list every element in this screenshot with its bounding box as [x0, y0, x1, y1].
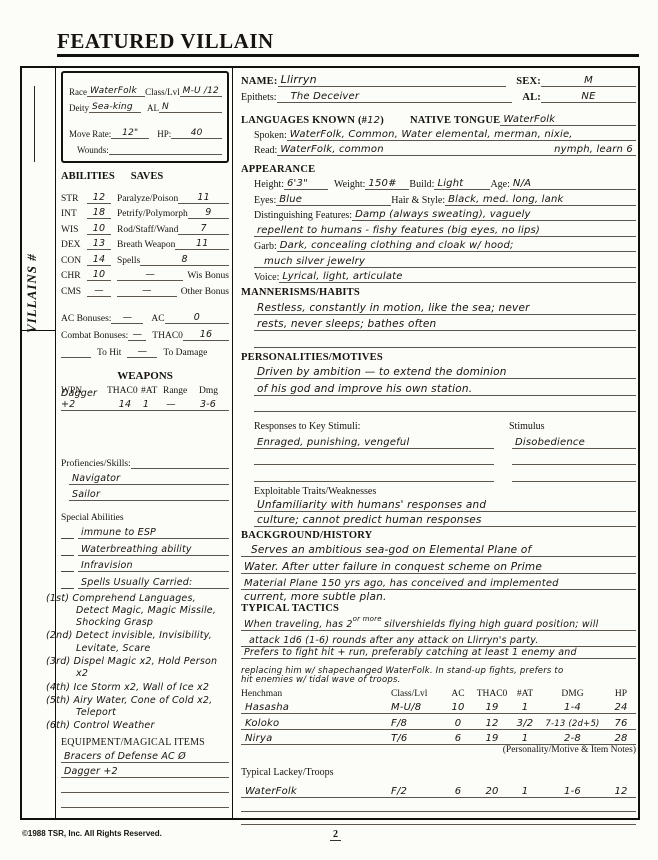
save-value: 9	[188, 207, 229, 219]
personalities-blank-line	[254, 401, 636, 412]
lackey-blank-line	[241, 801, 636, 812]
int-value: 18	[87, 207, 111, 219]
native-tongue-label: NATIVE TONGUE	[410, 115, 500, 126]
dmg-header: DMG	[539, 689, 606, 699]
ability-row: CON 14 Spells 8	[61, 250, 229, 266]
read-value-2: nymph, learn 6	[554, 144, 633, 155]
henchman-class: T/6	[391, 733, 443, 744]
features-value-1: Damp (always sweating), vaguely	[352, 209, 636, 221]
dex-value: 13	[87, 238, 111, 250]
hair-label: Hair & Style:	[391, 195, 445, 206]
str-value: 12	[87, 192, 111, 204]
stimuli-row: Enraged, punishing, vengeful Disobedienc…	[254, 432, 636, 449]
hp-header: HP	[606, 689, 636, 699]
henchman-hp: 24	[606, 702, 636, 713]
to-hit-value	[61, 347, 91, 358]
henchman-ac: 6	[443, 733, 473, 744]
epithets-label: Epithets:	[241, 92, 277, 103]
height-label: Height:	[254, 179, 284, 190]
wis-bonus-label: Wis Bonus	[187, 271, 229, 281]
age-label: Age:	[490, 179, 509, 190]
henchman-ac: 10	[443, 702, 473, 713]
wis-label: WIS	[61, 225, 87, 235]
equipment-blank-line	[61, 797, 229, 808]
race-value: WaterFolk	[87, 86, 145, 97]
tactics-section: When traveling, has 2or more silvershiel…	[241, 614, 636, 685]
voice-label: Voice:	[254, 272, 279, 283]
henchman-thac0: 19	[473, 733, 511, 744]
background-section: Serves an ambitious sea-god on Elemental…	[241, 541, 636, 604]
con-value: 14	[87, 254, 111, 266]
check-blank	[61, 528, 74, 539]
henchman-at: 1	[511, 733, 539, 744]
class-header: Class/Lvl	[391, 689, 443, 699]
read-label: Read:	[254, 145, 277, 156]
appearance-title: APPEARANCE	[241, 164, 636, 175]
weapons-title: WEAPONS	[61, 370, 229, 382]
lackey-hp: 12	[606, 786, 636, 797]
right-column: NAME: Llirryn SEX: M Epithets: The Decei…	[241, 70, 636, 825]
henchman-name: Nirya	[241, 733, 391, 744]
ability-row: CHR 10 — Wis Bonus	[61, 266, 229, 282]
eyes-label: Eyes:	[254, 195, 276, 206]
check-blank	[61, 578, 74, 589]
hp-label: HP:	[157, 129, 171, 139]
lackey-at: 1	[511, 786, 539, 797]
henchman-hp: 28	[606, 733, 636, 744]
lackey-dmg: 1-6	[539, 786, 606, 797]
spell-line: (4th) Ice Storm x2, Wall of Ice x2	[61, 682, 229, 694]
spoken-value: WaterFolk, Common, Water elemental, merm…	[287, 129, 636, 141]
wounds-label: Wounds:	[77, 145, 109, 155]
to-damage-value: —	[127, 346, 157, 358]
stimulus-blank	[512, 471, 636, 482]
spacer	[241, 759, 636, 767]
left-column: Race WaterFolk Class/Lvl M-U /12 Deity S…	[61, 71, 229, 808]
spell-line: (6th) Control Weather	[61, 720, 229, 732]
hp-value: 40	[171, 128, 222, 139]
save-value: 11	[178, 192, 229, 204]
henchman-name: Hasasha	[241, 702, 391, 713]
tactics-insert: or more	[353, 615, 382, 623]
henchman-row: Koloko F/8 0 12 3/2 7-13 (2d+5) 76	[241, 714, 636, 730]
save-label: Spells	[117, 256, 140, 266]
equipment-blank-line	[61, 782, 229, 793]
background-line: Serves an ambitious sea-god on Elemental…	[241, 544, 636, 557]
weapon-row: Dagger +2 14 1 — 3-6	[61, 396, 229, 411]
epithets-row: Epithets: The Deceiver AL: NE	[241, 87, 636, 104]
henchman-thac0: 12	[473, 718, 511, 729]
background-line: Material Plane 150 yrs ago, has conceive…	[241, 578, 636, 590]
check-blank	[61, 561, 74, 572]
lackey-name: WaterFolk	[241, 786, 391, 797]
languages-paren: )	[380, 115, 384, 126]
equipment-label: EQUIPMENT/MAGICAL ITEMS	[61, 737, 229, 748]
mannerisms-line-1: Restless, constantly in motion, like the…	[254, 302, 636, 315]
spells-carried-list: (1st) Comprehend Languages, Detect Magic…	[61, 593, 229, 733]
race-label: Race	[69, 87, 87, 97]
height-value: 6'3"	[284, 178, 328, 190]
spoken-row: Spoken: WaterFolk, Common, Water element…	[254, 126, 636, 141]
responses-label: Responses to Key Stimuli:	[254, 421, 509, 432]
mannerisms-line-2: rests, never sleeps; bathes often	[254, 318, 636, 331]
mannerisms-title: MANNERISMS/HABITS	[241, 287, 636, 298]
lackey-thac0: 20	[473, 786, 511, 797]
proficiencies-label: Profiencies/Skills:	[61, 459, 131, 469]
lackey-label: Typical Lackey/Troops	[241, 767, 636, 782]
column-divider	[232, 66, 233, 820]
epithets-value: The Deceiver	[277, 91, 513, 103]
stimulus-value: Disobedience	[512, 437, 636, 449]
ac-bonuses-value: —	[111, 312, 143, 324]
wis-value: 10	[87, 223, 111, 235]
deity-value: Sea-king	[89, 102, 141, 113]
proficiency-item: Navigator	[69, 473, 229, 485]
weight-label: Weight:	[334, 179, 365, 190]
combat-bonuses-label: Combat Bonuses:	[61, 331, 128, 341]
weapon-thac0: 14	[113, 399, 137, 410]
sex-label: SEX:	[516, 76, 541, 87]
spell-line: (5th) Airy Water, Cone of Cold x2, Telep…	[61, 695, 229, 720]
personalities-title: PERSONALITIES/MOTIVES	[241, 352, 636, 363]
name-value: Llirryn	[278, 73, 507, 87]
move-rate-label: Move Rate:	[69, 129, 111, 139]
villain-sheet-page: FEATURED VILLAIN VILLAINS # Race WaterFo…	[0, 0, 658, 860]
personalities-line-2: of his god and improve his own station.	[254, 383, 636, 396]
ac-label: AC	[151, 314, 164, 324]
henchman-thac0: 19	[473, 702, 511, 713]
ac-header: AC	[443, 689, 473, 699]
languages-known-label: LANGUAGES KNOWN (#	[241, 115, 367, 126]
proficiencies-section: Profiencies/Skills: Navigator Sailor	[61, 453, 229, 501]
background-line: Water. After utter failure in conquest s…	[241, 561, 636, 574]
dex-label: DEX	[61, 240, 87, 250]
spell-line: (1st) Comprehend Languages, Detect Magic…	[61, 593, 229, 630]
equipment-section: EQUIPMENT/MAGICAL ITEMS Bracers of Defen…	[61, 737, 229, 808]
int-label: INT	[61, 209, 87, 219]
ability-row: INT 18 Petrify/Polymorph 9	[61, 204, 229, 220]
lackey-row: WaterFolk F/2 6 20 1 1-6 12	[241, 782, 636, 798]
personality-notes-label: (Personality/Motive & Item Notes)	[241, 745, 636, 759]
mannerisms-blank-line	[254, 337, 636, 348]
str-label: STR	[61, 194, 87, 204]
wounds-value	[109, 144, 222, 155]
tactics-line-5: hit enemies w/ tidal wave of troops.	[241, 675, 636, 685]
to-damage-label: To Damage	[163, 348, 207, 358]
title-rule	[57, 54, 639, 57]
special-ability-item: Waterbreathing ability	[78, 544, 229, 556]
build-label: Build:	[409, 179, 434, 190]
alignment-value: N	[159, 102, 222, 113]
henchman-dmg: 7-13 (2d+5)	[539, 719, 606, 729]
thac0-label: THAC0	[152, 331, 183, 341]
dmg-header: Dmg	[199, 386, 229, 396]
garb-label: Garb:	[254, 241, 277, 252]
range-header: Range	[163, 386, 199, 396]
stimulus-blank	[512, 454, 636, 465]
henchman-at: 1	[511, 702, 539, 713]
ac-bonuses-label: AC Bonuses:	[61, 314, 111, 324]
equipment-item: Dagger +2	[61, 766, 229, 778]
name-row: NAME: Llirryn SEX: M	[241, 70, 636, 87]
page-footer: ©1988 TSR, Inc. All Rights Reserved. 2	[22, 829, 638, 838]
henchman-class: M-U/8	[391, 702, 443, 713]
henchman-dmg: 2-8	[539, 733, 606, 744]
special-ability-row: Infravision	[61, 556, 229, 573]
stimuli-blank-row	[254, 465, 636, 482]
stimuli-blank-row	[254, 449, 636, 466]
special-ability-row: Waterbreathing ability	[61, 539, 229, 556]
to-hit-label: To Hit	[97, 348, 121, 358]
weapon-dmg: 3-6	[187, 399, 229, 410]
sidebar-villains-number-label: VILLAINS #	[24, 168, 40, 333]
deity-label: Deity	[69, 103, 89, 113]
special-ability-row: Spells Usually Carried:	[61, 572, 229, 589]
special-ability-row: immune to ESP	[61, 523, 229, 540]
stats-box: Race WaterFolk Class/Lvl M-U /12 Deity S…	[61, 71, 229, 163]
combat-bonuses-value: —	[128, 329, 146, 341]
other-bonus-value: —	[117, 285, 177, 297]
henchman-row: Hasasha M-U/8 10 19 1 1-4 24	[241, 699, 636, 715]
languages-count: 12	[367, 115, 380, 126]
weaknesses-label: Exploitable Traits/Weaknesses	[254, 486, 636, 497]
ac-value: 0	[165, 312, 229, 324]
stimulus-label: Stimulus	[509, 421, 545, 432]
henchman-hp: 76	[606, 718, 636, 729]
personalities-line-1: Driven by ambition — to extend the domin…	[254, 366, 636, 379]
garb-value-2: much silver jewelry	[254, 256, 636, 268]
tactics-line-1a: When traveling, has 2	[244, 619, 353, 630]
move-rate-value: 12"	[111, 128, 149, 139]
hair-value: Black, med. long, lank	[445, 194, 636, 206]
native-tongue-value: WaterFolk	[500, 114, 636, 126]
lackey-blank-line	[241, 814, 636, 825]
henchman-name: Koloko	[241, 718, 391, 729]
equipment-item: Bracers of Defense AC Ø	[61, 751, 229, 763]
save-value: 11	[175, 238, 229, 250]
weaknesses-section: Unfamiliarity with humans' responses and…	[254, 497, 636, 527]
copyright-text: ©1988 TSR, Inc. All Rights Reserved.	[22, 829, 162, 838]
sidebar-divider	[55, 66, 56, 820]
tactics-line-1b: silvershields flying high guard position…	[384, 619, 598, 630]
ability-row: WIS 10 Rod/Staff/Wand 7	[61, 219, 229, 235]
save-label: Petrify/Polymorph	[117, 209, 188, 219]
special-abilities-section: Special Abilities immune to ESP Waterbre…	[61, 513, 229, 733]
weaknesses-line-2: culture; cannot predict human responses	[254, 514, 636, 527]
al-value: NE	[541, 91, 636, 103]
henchman-ac: 0	[443, 718, 473, 729]
ability-row: CMS — — Other Bonus	[61, 281, 229, 297]
lackey-class: F/2	[391, 786, 443, 797]
stimuli-header-row: Responses to Key Stimuli: Stimulus	[254, 418, 636, 432]
personalities-section: Driven by ambition — to extend the domin…	[254, 363, 636, 413]
thac0-value: 16	[183, 329, 229, 341]
spoken-label: Spoken:	[254, 130, 287, 141]
garb-value-1: Dark, concealing clothing and cloak w/ h…	[277, 240, 636, 252]
saves-header: SAVES	[131, 171, 164, 182]
save-label: Paralyze/Poison	[117, 194, 178, 204]
spacer	[241, 156, 636, 164]
tactics-line-2: attack 1d6 (1-6) rounds after any attack…	[241, 635, 636, 647]
response-blank	[254, 471, 494, 482]
abilities-saves-section: ABILITIES SAVES STR 12 Paralyze/Poison 1…	[61, 171, 229, 297]
special-abilities-label: Special Abilities	[61, 513, 229, 523]
henchman-header: Henchman	[241, 689, 391, 699]
alignment-label: AL	[147, 103, 159, 113]
sidebar-number-blank-line	[34, 86, 35, 162]
ability-row: STR 12 Paralyze/Poison 11	[61, 188, 229, 204]
proficiency-item: Sailor	[69, 489, 229, 501]
name-label: NAME:	[241, 76, 278, 87]
cms-value: —	[87, 285, 111, 297]
ability-row: DEX 13 Breath Weapon 11	[61, 235, 229, 251]
special-ability-item: Infravision	[78, 560, 229, 572]
save-label: Breath Weapon	[117, 240, 175, 250]
page-number: 2	[330, 829, 341, 841]
at-header: #AT	[141, 386, 163, 396]
class-label: Class/Lvl	[145, 87, 180, 97]
wis-bonus-value: —	[117, 269, 183, 281]
henchmen-header-row: Henchman Class/Lvl AC THAC0 #AT DMG HP	[241, 685, 636, 699]
thac0-header: THAC0	[473, 689, 511, 699]
weapon-at: 1	[137, 399, 155, 410]
read-row: Read: WaterFolk, common nymph, learn 6	[254, 141, 636, 156]
voice-value: Lyrical, light, articulate	[279, 271, 636, 283]
chr-label: CHR	[61, 271, 87, 281]
eyes-value: Blue	[276, 194, 391, 206]
chr-value: 10	[87, 269, 111, 281]
lackey-ac: 6	[443, 786, 473, 797]
read-line: WaterFolk, common nymph, learn 6	[277, 144, 636, 156]
proficiencies-blank	[131, 458, 229, 469]
appearance-section: Height: 6'3" Weight: 150# Build: Light A…	[254, 175, 636, 284]
special-ability-item: immune to ESP	[78, 527, 229, 539]
age-value: N/A	[510, 178, 636, 190]
weapon-name: Dagger +2	[61, 388, 113, 410]
other-bonus-label: Other Bonus	[181, 287, 229, 297]
henchman-row: Nirya T/6 6 19 1 2-8 28	[241, 730, 636, 746]
at-header: #AT	[511, 689, 539, 699]
languages-header-row: LANGUAGES KNOWN (# 12 ) NATIVE TONGUE Wa…	[241, 109, 636, 126]
build-value: Light	[434, 178, 490, 190]
spell-line: (2nd) Detect invisible, Invisibility, Le…	[61, 630, 229, 655]
sex-value: M	[541, 75, 636, 87]
response-blank	[254, 454, 494, 465]
background-title: BACKGROUND/HISTORY	[241, 530, 636, 541]
special-ability-item: Spells Usually Carried:	[78, 577, 229, 589]
save-label: Rod/Staff/Wand	[117, 225, 178, 235]
spell-line: (3rd) Dispel Magic x2, Hold Person x2	[61, 656, 229, 681]
background-line: current, more subtle plan.	[241, 591, 636, 603]
save-value: 7	[178, 223, 229, 235]
features-value-2: repellent to humans - fishy features (bi…	[254, 225, 636, 237]
abilities-header: ABILITIES	[61, 171, 115, 182]
spacer	[69, 113, 222, 123]
read-value: WaterFolk, common	[280, 144, 383, 155]
weaknesses-line-1: Unfamiliarity with humans' responses and	[254, 499, 636, 512]
class-value: M-U /12	[180, 86, 222, 97]
check-blank	[61, 545, 74, 556]
weapon-range: —	[155, 399, 187, 410]
combat-section: AC Bonuses: — AC 0 Combat Bonuses: — THA…	[61, 307, 229, 358]
henchman-at: 3/2	[511, 718, 539, 729]
cms-label: CMS	[61, 287, 87, 297]
features-label: Distinguishing Features:	[254, 210, 352, 221]
tactics-line-3: Prefers to fight hit + run, preferably c…	[241, 647, 636, 659]
henchman-dmg: 1-4	[539, 702, 606, 713]
tactics-title: TYPICAL TACTICS	[241, 603, 636, 614]
mannerisms-section: Restless, constantly in motion, like the…	[254, 298, 636, 348]
al-label: AL:	[522, 92, 541, 103]
weapons-section: WEAPONS WPN THAC0 #AT Range Dmg Dagger +…	[61, 370, 229, 411]
page-title: FEATURED VILLAIN	[57, 29, 274, 54]
response-value: Enraged, punishing, vengeful	[254, 437, 494, 449]
save-value: 8	[140, 254, 229, 266]
weight-value: 150#	[365, 178, 409, 190]
henchman-class: F/8	[391, 718, 443, 729]
con-label: CON	[61, 256, 87, 266]
